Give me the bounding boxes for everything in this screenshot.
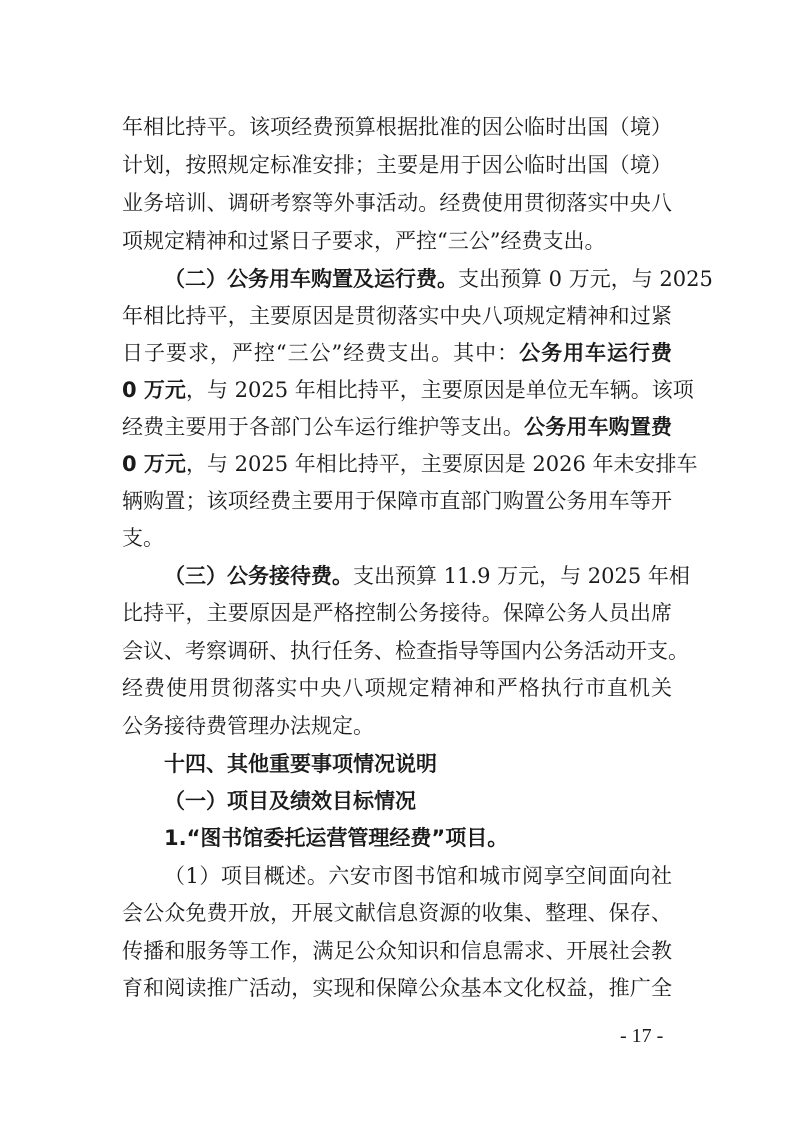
paragraph-line: 经费主要用于各部门公车运行维护等支出。公务用车购置费	[122, 412, 672, 442]
paragraph-line: 育和阅读推广活动，实现和保障公众基本文化权益，推广全	[122, 973, 672, 1003]
paragraph-line: 比持平，主要原因是严格控制公务接待。保障公务人员出席	[122, 598, 672, 628]
paragraph-line: 项规定精神和过紧日子要求，严控“三公”经费支出。	[122, 226, 672, 256]
paragraph-text: ，与 2025 年相比持平，主要原因是单位无车辆。该项	[186, 378, 694, 402]
section-title: 十四、其他重要事项情况说明	[164, 749, 672, 779]
paragraph-line: 会议、考察调研、执行任务、检查指导等国内公务活动开支。	[122, 636, 672, 666]
bold-term: 公务用车购置费	[524, 415, 672, 439]
section-heading-vehicle: （二）公务用车购置及运行费。	[164, 267, 458, 291]
paragraph-text: 日子要求，严控“三公”经费支出。其中：	[122, 341, 519, 365]
paragraph-text: 经费主要用于各部门公车运行维护等支出。	[122, 415, 524, 439]
paragraph-line: 业务培训、调研考察等外事活动。经费使用贯彻落实中央八	[122, 188, 672, 218]
paragraph-line: 年相比持平。该项经费预算根据批准的因公临时出国（境）	[122, 112, 672, 142]
paragraph-line: 辆购置；该项经费主要用于保障市直部门购置公务用车等开	[122, 486, 672, 516]
item-title: 1.“图书馆委托运营管理经费”项目。	[164, 823, 672, 853]
paragraph-line: 传播和服务等工作，满足公众知识和信息需求、开展社会教	[122, 936, 672, 966]
paragraph-line: 会公众免费开放，开展文献信息资源的收集、整理、保存、	[122, 898, 672, 928]
paragraph-line: 公务接待费管理办法规定。	[122, 711, 672, 741]
paragraph-line: 支。	[122, 523, 672, 553]
paragraph-line: 计划，按照规定标准安排；主要是用于因公临时出国（境）	[122, 150, 672, 180]
bold-amount: 0 万元	[122, 452, 186, 476]
paragraph-line: 年相比持平，主要原因是贯彻落实中央八项规定精神和过紧	[122, 301, 672, 331]
paragraph-line: （二）公务用车购置及运行费。支出预算 0 万元，与 2025	[164, 264, 672, 294]
document-page: 年相比持平。该项经费预算根据批准的因公临时出国（境） 计划，按照规定标准安排；主…	[0, 0, 793, 1122]
paragraph-line: （1）项目概述。六安市图书馆和城市阅享空间面向社	[164, 861, 672, 891]
paragraph-line: 经费使用贯彻落实中央八项规定精神和严格执行市直机关	[122, 673, 672, 703]
paragraph-line: 日子要求，严控“三公”经费支出。其中：公务用车运行费	[122, 338, 672, 368]
paragraph-text: 支出预算 11.9 万元，与 2025 年相	[353, 564, 690, 588]
page-number: - 17 -	[620, 1022, 663, 1050]
paragraph-text: ，与 2025 年相比持平，主要原因是 2026 年未安排车	[186, 452, 698, 476]
paragraph-line: 0 万元，与 2025 年相比持平，主要原因是单位无车辆。该项	[122, 375, 672, 405]
section-heading-reception: （三）公务接待费。	[164, 564, 353, 588]
paragraph-line: 0 万元，与 2025 年相比持平，主要原因是 2026 年未安排车	[122, 449, 672, 479]
bold-term: 公务用车运行费	[519, 341, 672, 365]
paragraph-text: 支出预算 0 万元，与 2025	[458, 267, 713, 291]
subsection-title: （一）项目及绩效目标情况	[164, 786, 672, 816]
paragraph-line: （三）公务接待费。支出预算 11.9 万元，与 2025 年相	[164, 561, 672, 591]
bold-amount: 0 万元	[122, 378, 186, 402]
